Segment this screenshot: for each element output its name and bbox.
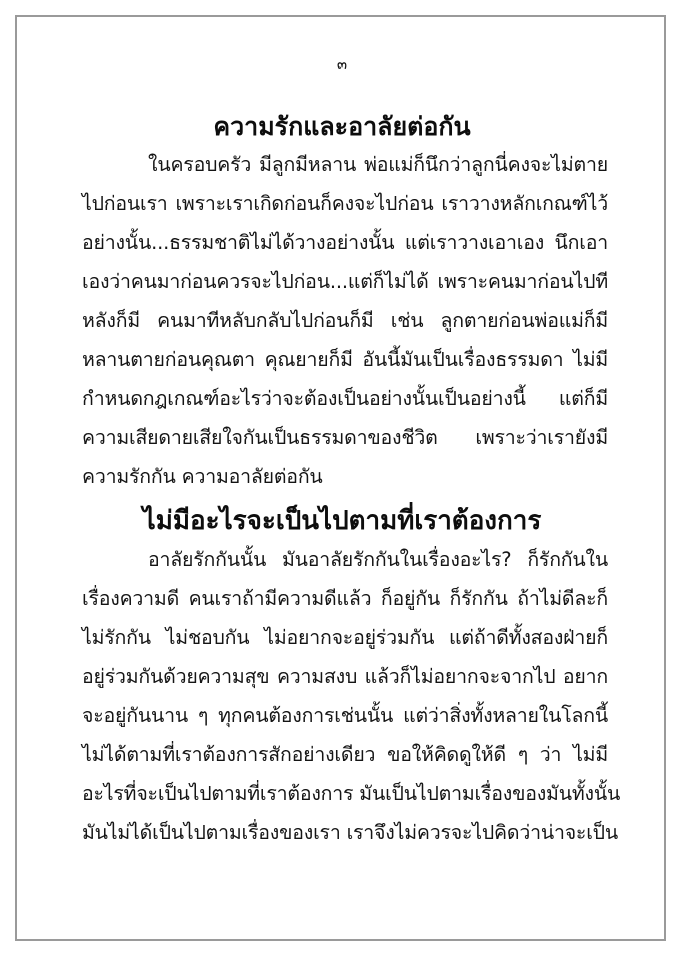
paragraph-line: ในครอบครัว มีลูกมีหลาน พ่อแม่ก็นึกว่าลูก…: [148, 150, 608, 180]
paragraph-line: เองว่าคนมาก่อนควรจะไปก่อน...แต่ก็ไม่ได้ …: [82, 267, 608, 297]
paragraph-line: หลังก็มี คนมาทีหลับกลับไปก่อนก็มี เช่น ล…: [82, 306, 608, 336]
paragraph-line: หลานตายก่อนคุณตา คุณยายก็มี อันนี้มันเป็…: [82, 345, 608, 375]
paragraph-line: อาลัยรักกันนั้น มันอาลัยรักกันในเรื่องอะ…: [148, 545, 608, 575]
paragraph-line: อยู่ร่วมกันด้วยความสุข ความสงบ แล้วก็ไม่…: [82, 662, 608, 692]
paragraph-line: ไปก่อนเรา เพราะเราเกิดก่อนก็คงจะไปก่อน เ…: [82, 189, 608, 219]
section-heading-love-and-attachment: ความรักและอาลัยต่อกัน: [0, 109, 684, 145]
paragraph-line: กำหนดกฎเกณฑ์อะไรว่าจะต้องเป็นอย่างนั้นเป…: [82, 384, 608, 414]
paragraph-line: อะไรที่จะเป็นไปตามที่เราต้องการ มันเป็นไ…: [82, 779, 608, 809]
paragraph-line: ความเสียดายเสียใจกันเป็นธรรมดาของชีวิต เ…: [82, 423, 608, 453]
paragraph-line: เรื่องความดี คนเราถ้ามีความดีแล้ว ก็อยู่…: [82, 584, 608, 614]
paragraph-line: ไม่รักกัน ไม่ชอบกัน ไม่อยากจะอยู่ร่วมกัน…: [82, 623, 608, 653]
paragraph-line: จะอยู่กันนาน ๆ ทุกคนต้องการเช่นนั้น แต่ว…: [82, 701, 608, 731]
page-number: ๓: [0, 54, 684, 74]
paragraph-line: อย่างนั้น...ธรรมชาติไม่ได้วางอย่างนั้น แ…: [82, 228, 608, 258]
paragraph-line: ไม่ได้ตามที่เราต้องการสักอย่างเดียว ขอให…: [82, 740, 608, 770]
paragraph-line: ความรักกัน ความอาลัยต่อกัน: [82, 462, 608, 492]
section-heading-nothing-as-we-wish: ไม่มีอะไรจะเป็นไปตามที่เราต้องการ: [0, 503, 684, 539]
paragraph-line: มันไม่ได้เป็นไปตามเรื่องของเรา เราจึงไม่…: [82, 818, 608, 848]
